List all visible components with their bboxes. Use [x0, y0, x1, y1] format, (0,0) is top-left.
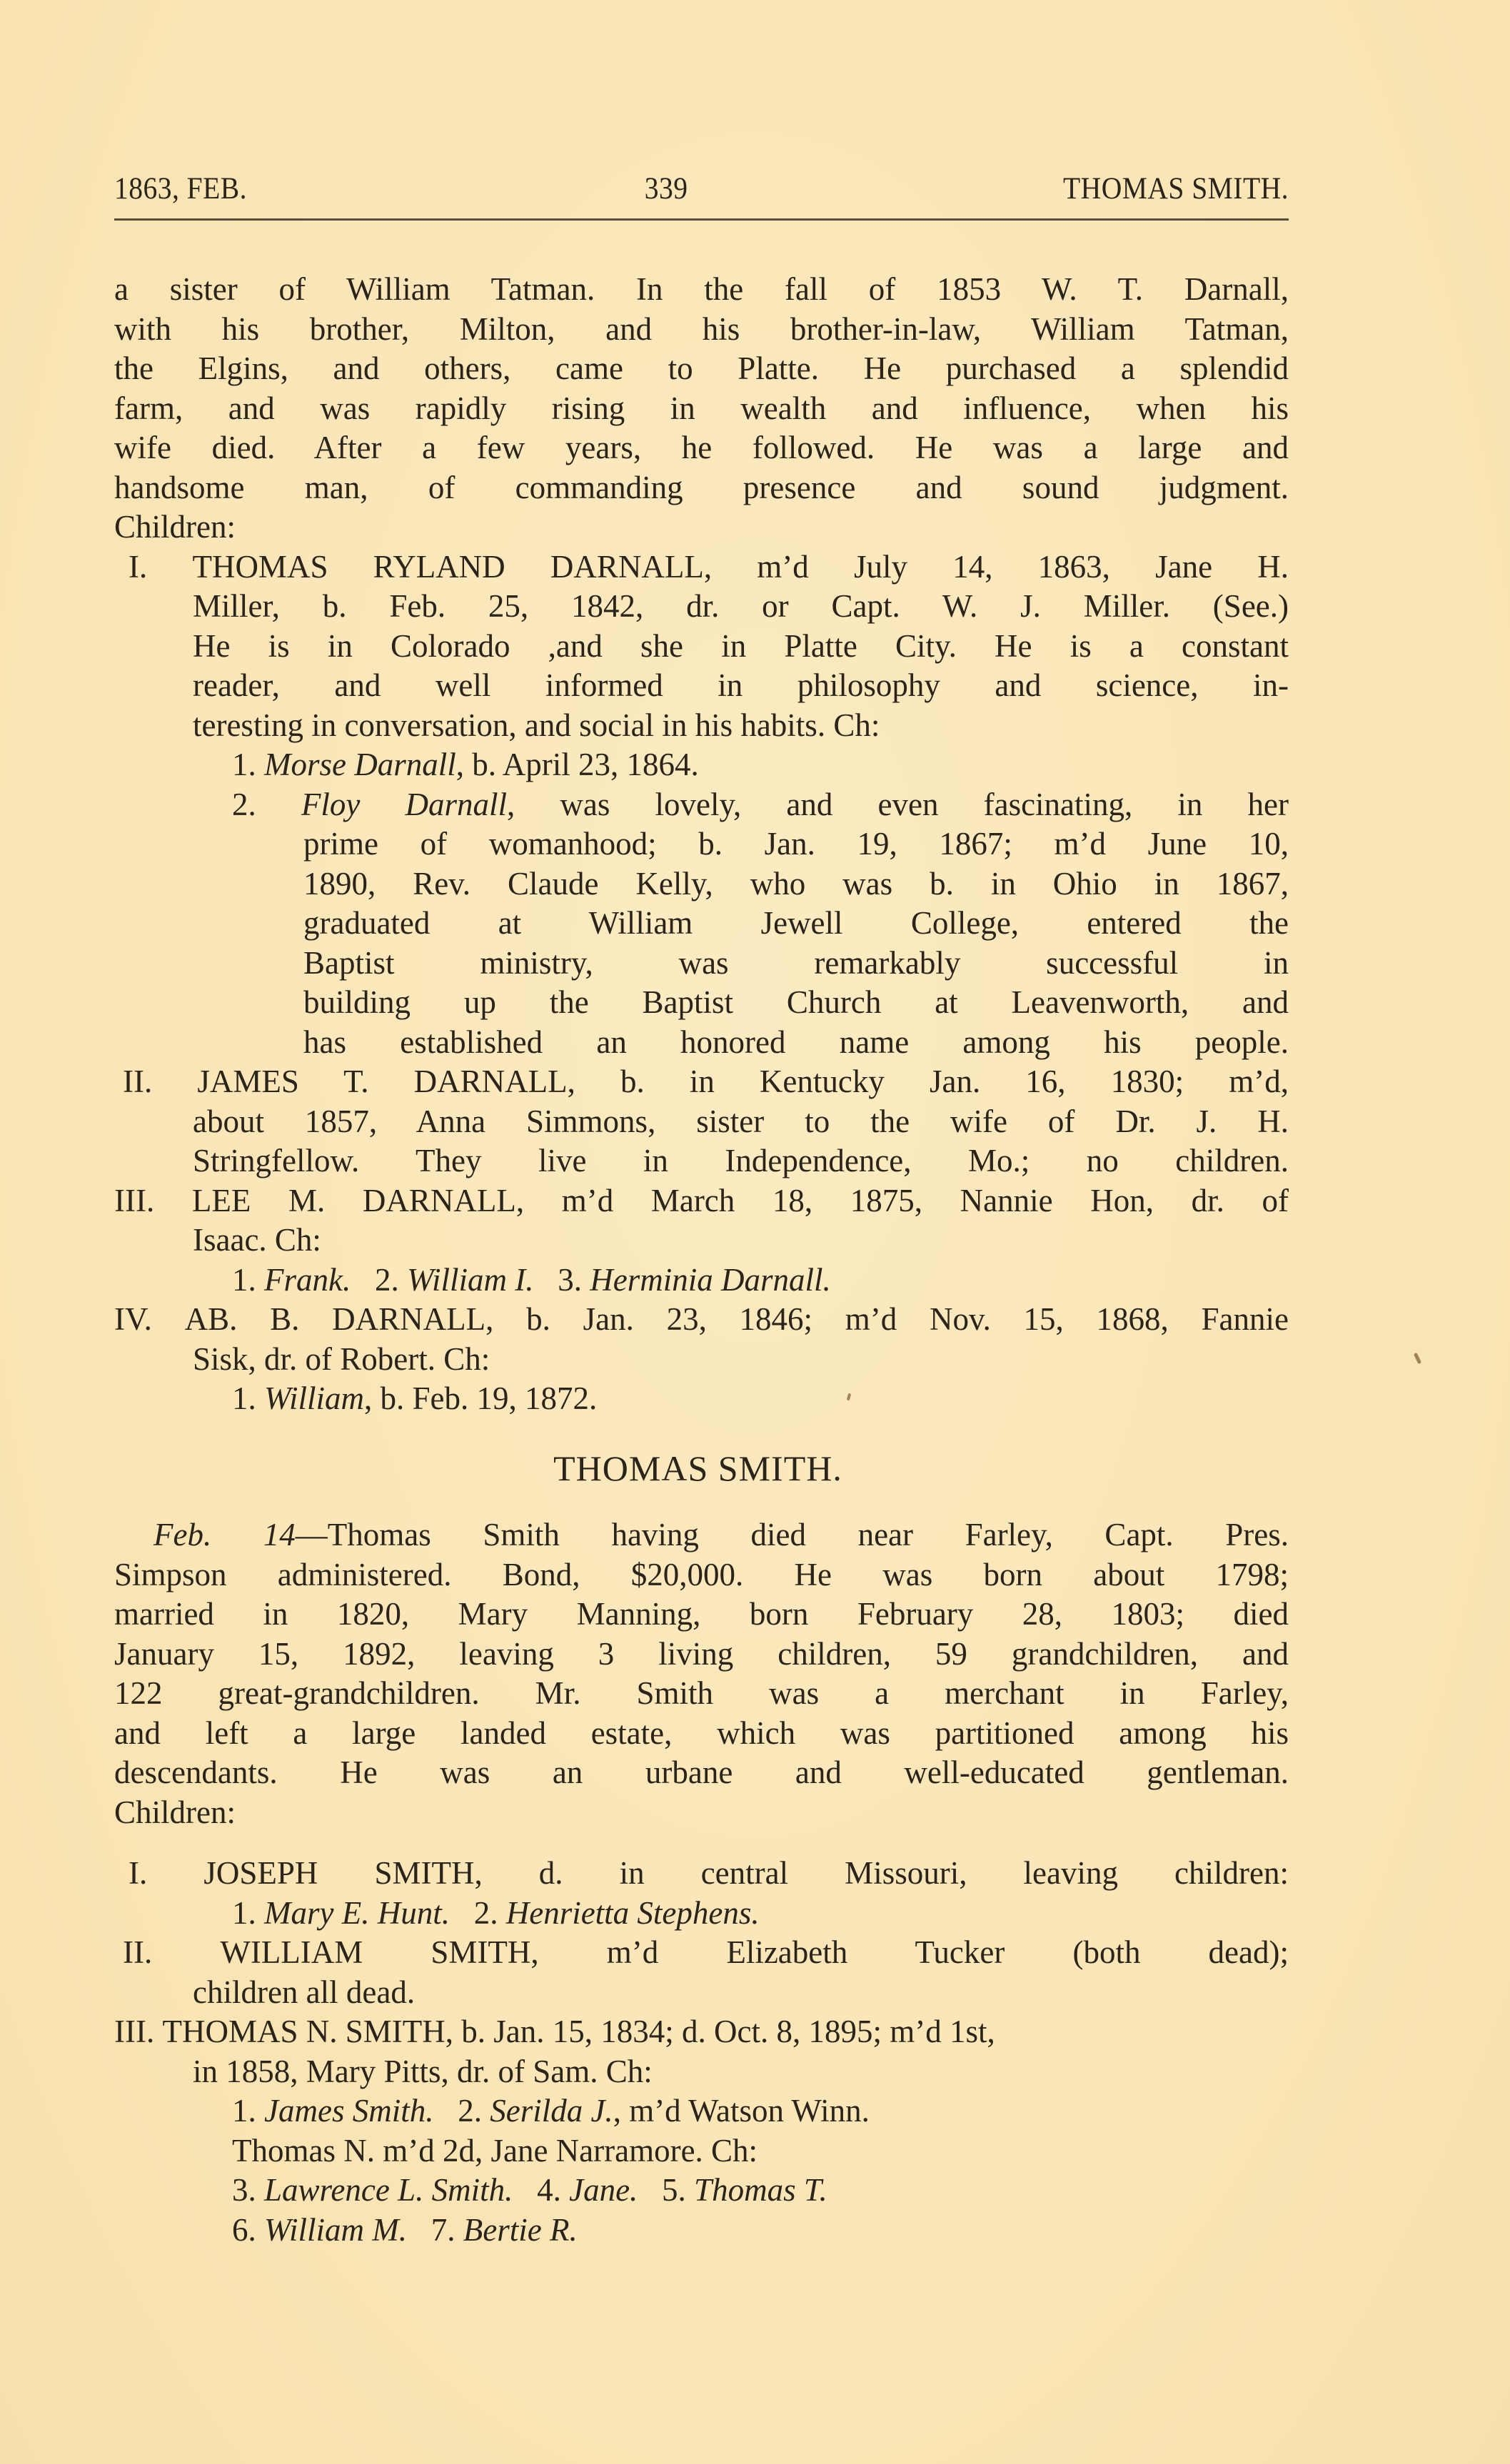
child-number: 1.: [232, 1262, 256, 1298]
text-line: Feb. 14—Thomas Smith having died near Fa…: [114, 1515, 1289, 1555]
entry-name: LEE M. DARNALL,: [192, 1183, 524, 1218]
child-number: 2.: [458, 2093, 482, 2129]
child-text: , m’d Watson Winn.: [613, 2093, 870, 2129]
genealogy-entry: I. THOMAS RYLAND DARNALL, m’d July 14, 1…: [114, 547, 1289, 1063]
entry-text: d. in central Missouri, leaving children…: [483, 1855, 1289, 1891]
running-head: 1863, FEB. 339 THOMAS SMITH.: [114, 171, 1289, 214]
child-number: 2.: [375, 1262, 399, 1298]
entry-numeral: II.: [123, 1934, 152, 1970]
text-line: He is in Colorado ,and she in Platte Cit…: [114, 627, 1289, 667]
entry-first-line: IV. AB. B. DARNALL, b. Jan. 23, 1846; m’…: [114, 1300, 1289, 1340]
child-name: Herminia Darnall.: [590, 1262, 831, 1298]
child-name: Serilda J.: [490, 2093, 613, 2129]
entry-numeral: III.: [114, 1183, 154, 1218]
entry-numeral: II.: [123, 1064, 152, 1099]
text-line: Simpson administered. Bond, $20,000. He …: [114, 1555, 1289, 1595]
child-name: James Smith.: [264, 2093, 433, 2129]
child-name: Henrietta Stephens.: [506, 1895, 760, 1931]
entry-first-line: I. JOSEPH SMITH, d. in central Missouri,…: [114, 1854, 1289, 1894]
spacer: [114, 1832, 1289, 1854]
text-line: 122 great-grandchildren. Mr. Smith was a…: [114, 1674, 1289, 1714]
child-number: 6.: [232, 2212, 256, 2248]
entry-text: m’d July 14, 1863, Jane H.: [712, 549, 1289, 585]
genealogy-entry: I. JOSEPH SMITH, d. in central Missouri,…: [114, 1854, 1289, 1933]
genealogy-entry: IV. AB. B. DARNALL, b. Jan. 23, 1846; m’…: [114, 1300, 1289, 1419]
genealogy-entry: II. JAMES T. DARNALL, b. in Kentucky Jan…: [114, 1062, 1289, 1181]
child-name: Morse Darnall: [264, 747, 456, 782]
children-list: 1. Mary E. Hunt. 2. Henrietta Stephens.: [114, 1894, 1289, 1934]
entry-numeral: IV.: [114, 1301, 152, 1337]
running-head-date: 1863, FEB.: [114, 171, 247, 206]
page-body: a sister of William Tatman. In the fall …: [114, 270, 1289, 2250]
text-line: Isaac. Ch:: [114, 1221, 1289, 1261]
text-line: building up the Baptist Church at Leaven…: [114, 983, 1289, 1023]
child-number: 3.: [232, 2172, 256, 2208]
entry-numeral: I.: [129, 1855, 147, 1891]
text-line: teresting in conversation, and social in…: [114, 706, 1289, 746]
header-rule: [114, 218, 1289, 221]
child-name: William: [264, 1380, 364, 1416]
text-line: January 15, 1892, leaving 3 living child…: [114, 1635, 1289, 1675]
text-line: Baptist ministry, was remarkably success…: [114, 944, 1289, 984]
entry-numeral: I.: [129, 549, 147, 585]
child-name: Frank.: [264, 1262, 351, 1298]
child-name: William I.: [407, 1262, 534, 1298]
children-label: Children:: [114, 508, 1289, 547]
text-line: children all dead.: [114, 1973, 1289, 2013]
entry-text: b. Jan. 15, 1834; d. Oct. 8, 1895; m’d 1…: [453, 2014, 995, 2049]
entry-first-line: II. WILLIAM SMITH, m’d Elizabeth Tucker …: [114, 1933, 1289, 1973]
text-line: wife died. After a few years, he followe…: [114, 428, 1289, 468]
entry-text: m’d Elizabeth Tucker (both dead);: [539, 1934, 1289, 1970]
children-list: 3. Lawrence L. Smith. 4. Jane. 5. Thomas…: [114, 2171, 1289, 2211]
child-item: 1. Morse Darnall, b. April 23, 1864.: [114, 745, 1289, 785]
text-line: the Elgins, and others, came to Platte. …: [114, 349, 1289, 389]
child-number: 7.: [431, 2212, 455, 2248]
text-line: farm, and was rapidly rising in wealth a…: [114, 389, 1289, 429]
intro-paragraph: a sister of William Tatman. In the fall …: [114, 270, 1289, 547]
child-number: 3.: [558, 1262, 582, 1298]
children-label: Children:: [114, 1793, 1289, 1833]
section-paragraph: Feb. 14—Thomas Smith having died near Fa…: [114, 1515, 1289, 1832]
child-name: Bertie R.: [463, 2212, 578, 2248]
genealogy-entry: II. WILLIAM SMITH, m’d Elizabeth Tucker …: [114, 1933, 1289, 2012]
child-name: Thomas T.: [694, 2172, 827, 2208]
child-number: 2.: [232, 787, 256, 822]
child-number: 1.: [232, 2093, 256, 2129]
text-line: and left a large landed estate, which wa…: [114, 1714, 1289, 1754]
entry-first-line: I. THOMAS RYLAND DARNALL, m’d July 14, 1…: [114, 547, 1289, 587]
children-list: 1. Frank. 2. William I. 3. Herminia Darn…: [114, 1261, 1289, 1301]
child-name: William M.: [264, 2212, 407, 2248]
child-text: , b. April 23, 1864.: [456, 747, 699, 782]
text-fragment: —Thomas Smith having died near Farley, C…: [296, 1517, 1289, 1552]
text-line: married in 1820, Mary Manning, born Febr…: [114, 1595, 1289, 1635]
entry-name: WILLIAM SMITH,: [220, 1934, 538, 1970]
child-number: 1.: [232, 1895, 256, 1931]
child-item: 1. William, b. Feb. 19, 1872.: [114, 1379, 1289, 1419]
child-name: Mary E. Hunt.: [264, 1895, 450, 1931]
children-list: 6. William M. 7. Bertie R.: [114, 2211, 1289, 2251]
text-line: Stringfellow. They live in Independence,…: [114, 1141, 1289, 1181]
text-line: has established an honored name among hi…: [114, 1023, 1289, 1063]
entry-name: JAMES T. DARNALL,: [197, 1064, 575, 1099]
date-lead: Feb. 14: [153, 1517, 296, 1552]
child-name: Jane.: [569, 2172, 638, 2208]
child-name: Floy Darnall: [301, 787, 507, 822]
genealogy-entry: III. LEE M. DARNALL, m’d March 18, 1875,…: [114, 1181, 1289, 1301]
child-text: , b. Feb. 19, 1872.: [364, 1380, 597, 1416]
entry-first-line: III. LEE M. DARNALL, m’d March 18, 1875,…: [114, 1181, 1289, 1221]
genealogy-entry: III. THOMAS N. SMITH, b. Jan. 15, 1834; …: [114, 2012, 1289, 2250]
child-number: 1.: [232, 1380, 256, 1416]
child-text: , was lovely, and even fascinating, in h…: [507, 787, 1289, 822]
text-line: with his brother, Milton, and his brothe…: [114, 310, 1289, 350]
text-line: prime of womanhood; b. Jan. 19, 1867; m’…: [114, 824, 1289, 864]
entry-first-line: II. JAMES T. DARNALL, b. in Kentucky Jan…: [114, 1062, 1289, 1102]
child-number: 1.: [232, 747, 256, 782]
text-line: graduated at William Jewell College, ent…: [114, 904, 1289, 944]
running-head-title: THOMAS SMITH.: [1063, 171, 1289, 206]
entry-text: b. Jan. 23, 1846; m’d Nov. 15, 1868, Fan…: [493, 1301, 1289, 1337]
text-line: handsome man, of commanding presence and…: [114, 468, 1289, 508]
entry-name: THOMAS N. SMITH,: [162, 2014, 453, 2049]
text-line: a sister of William Tatman. In the fall …: [114, 270, 1289, 310]
page-number: 339: [645, 171, 688, 206]
child-name: Lawrence L. Smith.: [264, 2172, 513, 2208]
entry-numeral: III.: [114, 2014, 154, 2049]
entry-text: b. in Kentucky Jan. 16, 1830; m’d,: [575, 1064, 1289, 1099]
entry-name: JOSEPH SMITH,: [203, 1855, 482, 1891]
text-line: 1890, Rev. Claude Kelly, who was b. in O…: [114, 864, 1289, 904]
child-item: 2. Floy Darnall, was lovely, and even fa…: [114, 785, 1289, 825]
entry-name: THOMAS RYLAND DARNALL,: [192, 549, 712, 585]
entry-first-line: III. THOMAS N. SMITH, b. Jan. 15, 1834; …: [114, 2012, 1289, 2052]
text-line: about 1857, Anna Simmons, sister to the …: [114, 1102, 1289, 1142]
text-line: reader, and well informed in philosophy …: [114, 666, 1289, 706]
text-line: Miller, b. Feb. 25, 1842, dr. or Capt. W…: [114, 587, 1289, 627]
entry-name: AB. B. DARNALL,: [185, 1301, 494, 1337]
entry-text: m’d March 18, 1875, Nannie Hon, dr. of: [524, 1183, 1289, 1218]
text-line: in 1858, Mary Pitts, dr. of Sam. Ch:: [114, 2052, 1289, 2092]
text-line: descendants. He was an urbane and well-e…: [114, 1753, 1289, 1793]
child-number: 5.: [662, 2172, 686, 2208]
children-list: 1. James Smith. 2. Serilda J., m’d Watso…: [114, 2091, 1289, 2131]
second-marriage: Thomas N. m’d 2d, Jane Narramore. Ch:: [114, 2131, 1289, 2171]
text-line: Sisk, dr. of Robert. Ch:: [114, 1340, 1289, 1380]
paper-speck: [1414, 1353, 1421, 1365]
child-number: 2.: [474, 1895, 498, 1931]
section-heading: THOMAS SMITH.: [114, 1449, 1289, 1489]
child-number: 4.: [537, 2172, 561, 2208]
